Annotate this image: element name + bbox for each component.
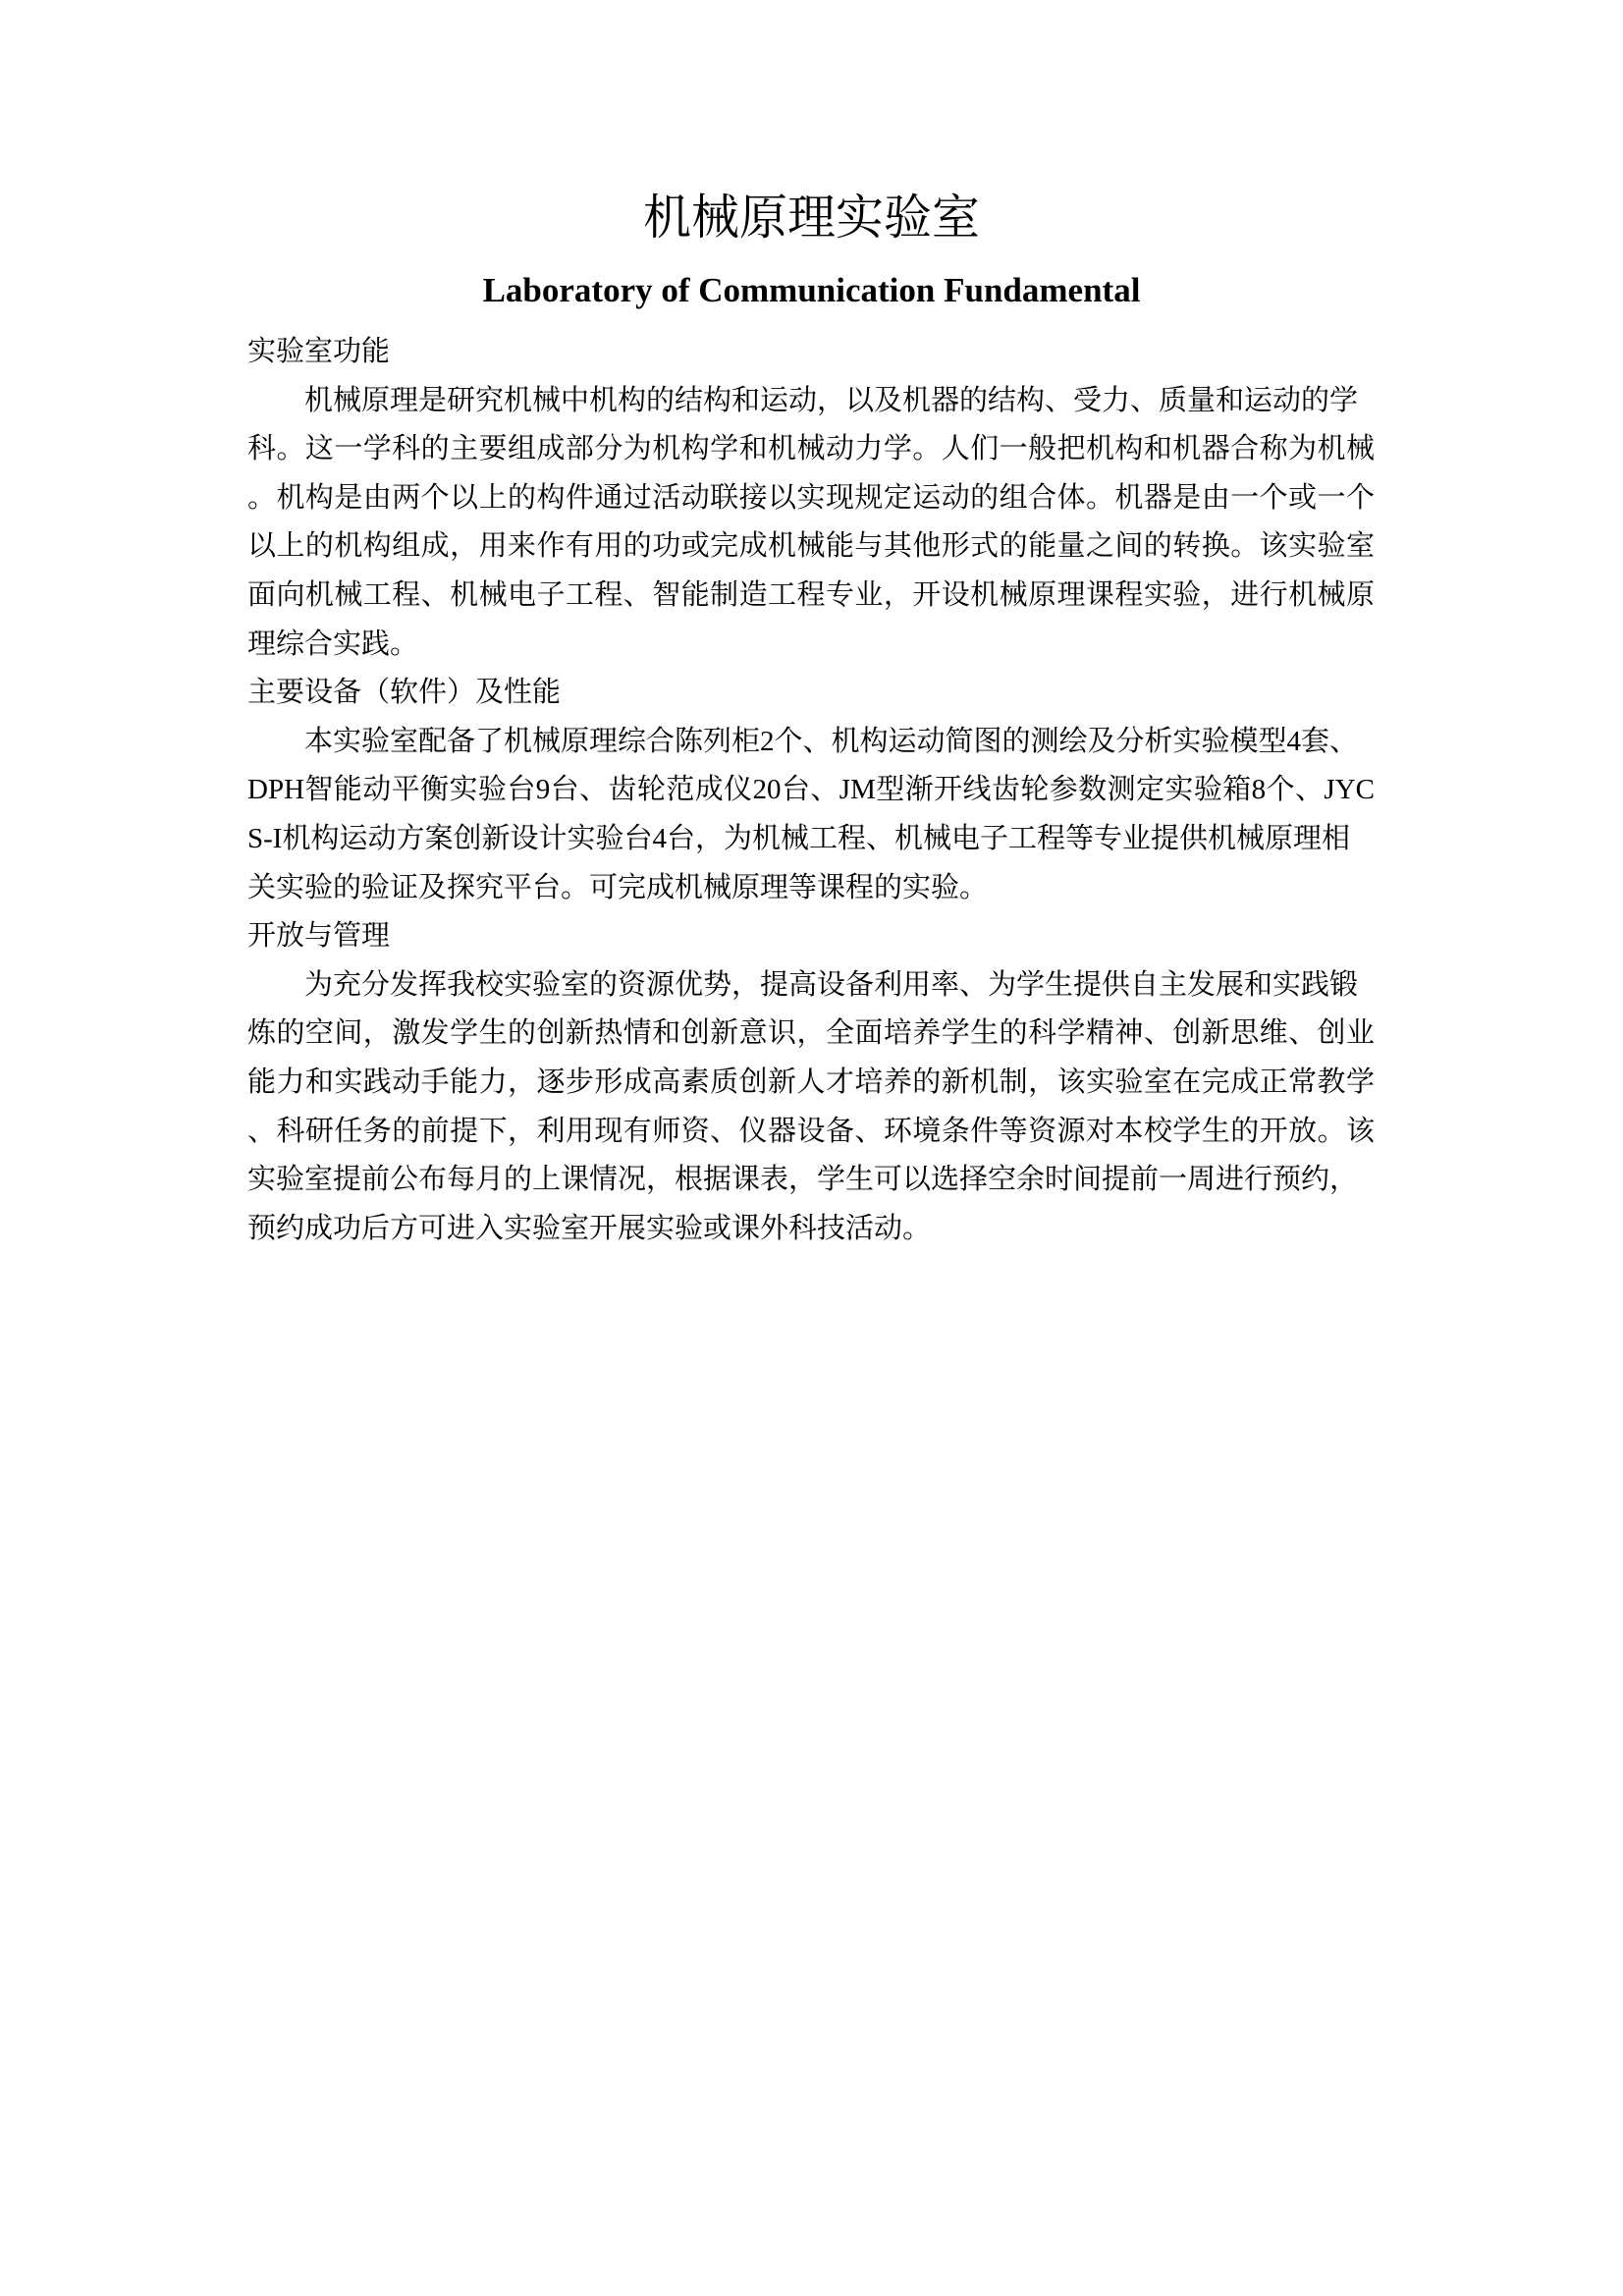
paragraph-line: 机械原理是研究机械中机构的结构和运动，以及机器的结构、受力、质量和运动的学 (247, 377, 1386, 426)
paragraph-line: 炼的空间，激发学生的创新热情和创新意识，全面培养学生的科学精神、创新思维、创业 (247, 1010, 1375, 1059)
paragraph-line: 科。这一学科的主要组成部分为机构学和机械动力学。人们一般把机构和机器合称为机械 (247, 425, 1375, 474)
document-body: 实验室功能 机械原理是研究机械中机构的结构和运动，以及机器的结构、受力、质量和运… (247, 328, 1386, 1253)
paragraph-line: 实验室提前公布每月的上课情况，根据课表，学生可以选择空余时间提前一周进行预约， (247, 1156, 1386, 1205)
section-heading: 开放与管理 (247, 912, 1386, 961)
section-lab-function: 实验室功能 机械原理是研究机械中机构的结构和运动，以及机器的结构、受力、质量和运… (247, 328, 1386, 669)
paragraph-line: 能力和实践动手能力，逐步形成高素质创新人才培养的新机制，该实验室在完成正常教学 (247, 1059, 1375, 1108)
paragraph-line: S-I机构运动方案创新设计实验台4台，为机械工程、机械电子工程等专业提供机械原理… (247, 815, 1386, 864)
section-heading: 主要设备（软件）及性能 (247, 669, 1386, 718)
paragraph-line: 预约成功后方可进入实验室开展实验或课外科技活动。 (247, 1205, 1386, 1254)
paragraph-line: 理综合实践。 (247, 621, 1386, 670)
section-main-equipment: 主要设备（软件）及性能 本实验室配备了机械原理综合陈列柜2个、机构运动简图的测绘… (247, 669, 1386, 912)
paragraph-line: 为充分发挥我校实验室的资源优势，提高设备利用率、为学生提供自主发展和实践锻 (247, 961, 1386, 1011)
paragraph-line: 关实验的验证及探究平台。可完成机械原理等课程的实验。 (247, 864, 1386, 913)
paragraph-line: 面向机械工程、机械电子工程、智能制造工程专业，开设机械原理课程实验，进行机械原 (247, 572, 1375, 621)
paragraph-line: 本实验室配备了机械原理综合陈列柜2个、机构运动简图的测绘及分析实验模型4套、 (247, 718, 1386, 767)
document-page: 机械原理实验室 Laboratory of Communication Fund… (0, 0, 1623, 2296)
section-heading: 实验室功能 (247, 328, 1386, 377)
page-title: 机械原理实验室 (0, 189, 1623, 247)
paragraph-line: DPH智能动平衡实验台9台、齿轮范成仪20台、JM型渐开线齿轮参数测定实验箱8个… (247, 766, 1375, 815)
paragraph-line: 。机构是由两个以上的构件通过活动联接以实现规定运动的组合体。机器是由一个或一个 (247, 474, 1375, 523)
paragraph-line: 、科研任务的前提下，利用现有师资、仪器设备、环境条件等资源对本校学生的开放。该 (247, 1108, 1375, 1157)
paragraph-line: 以上的机构组成，用来作有用的功或完成机械能与其他形式的能量之间的转换。该实验室 (247, 522, 1375, 572)
section-open-management: 开放与管理 为充分发挥我校实验室的资源优势，提高设备利用率、为学生提供自主发展和… (247, 912, 1386, 1253)
page-subtitle: Laboratory of Communication Fundamental (0, 269, 1623, 312)
